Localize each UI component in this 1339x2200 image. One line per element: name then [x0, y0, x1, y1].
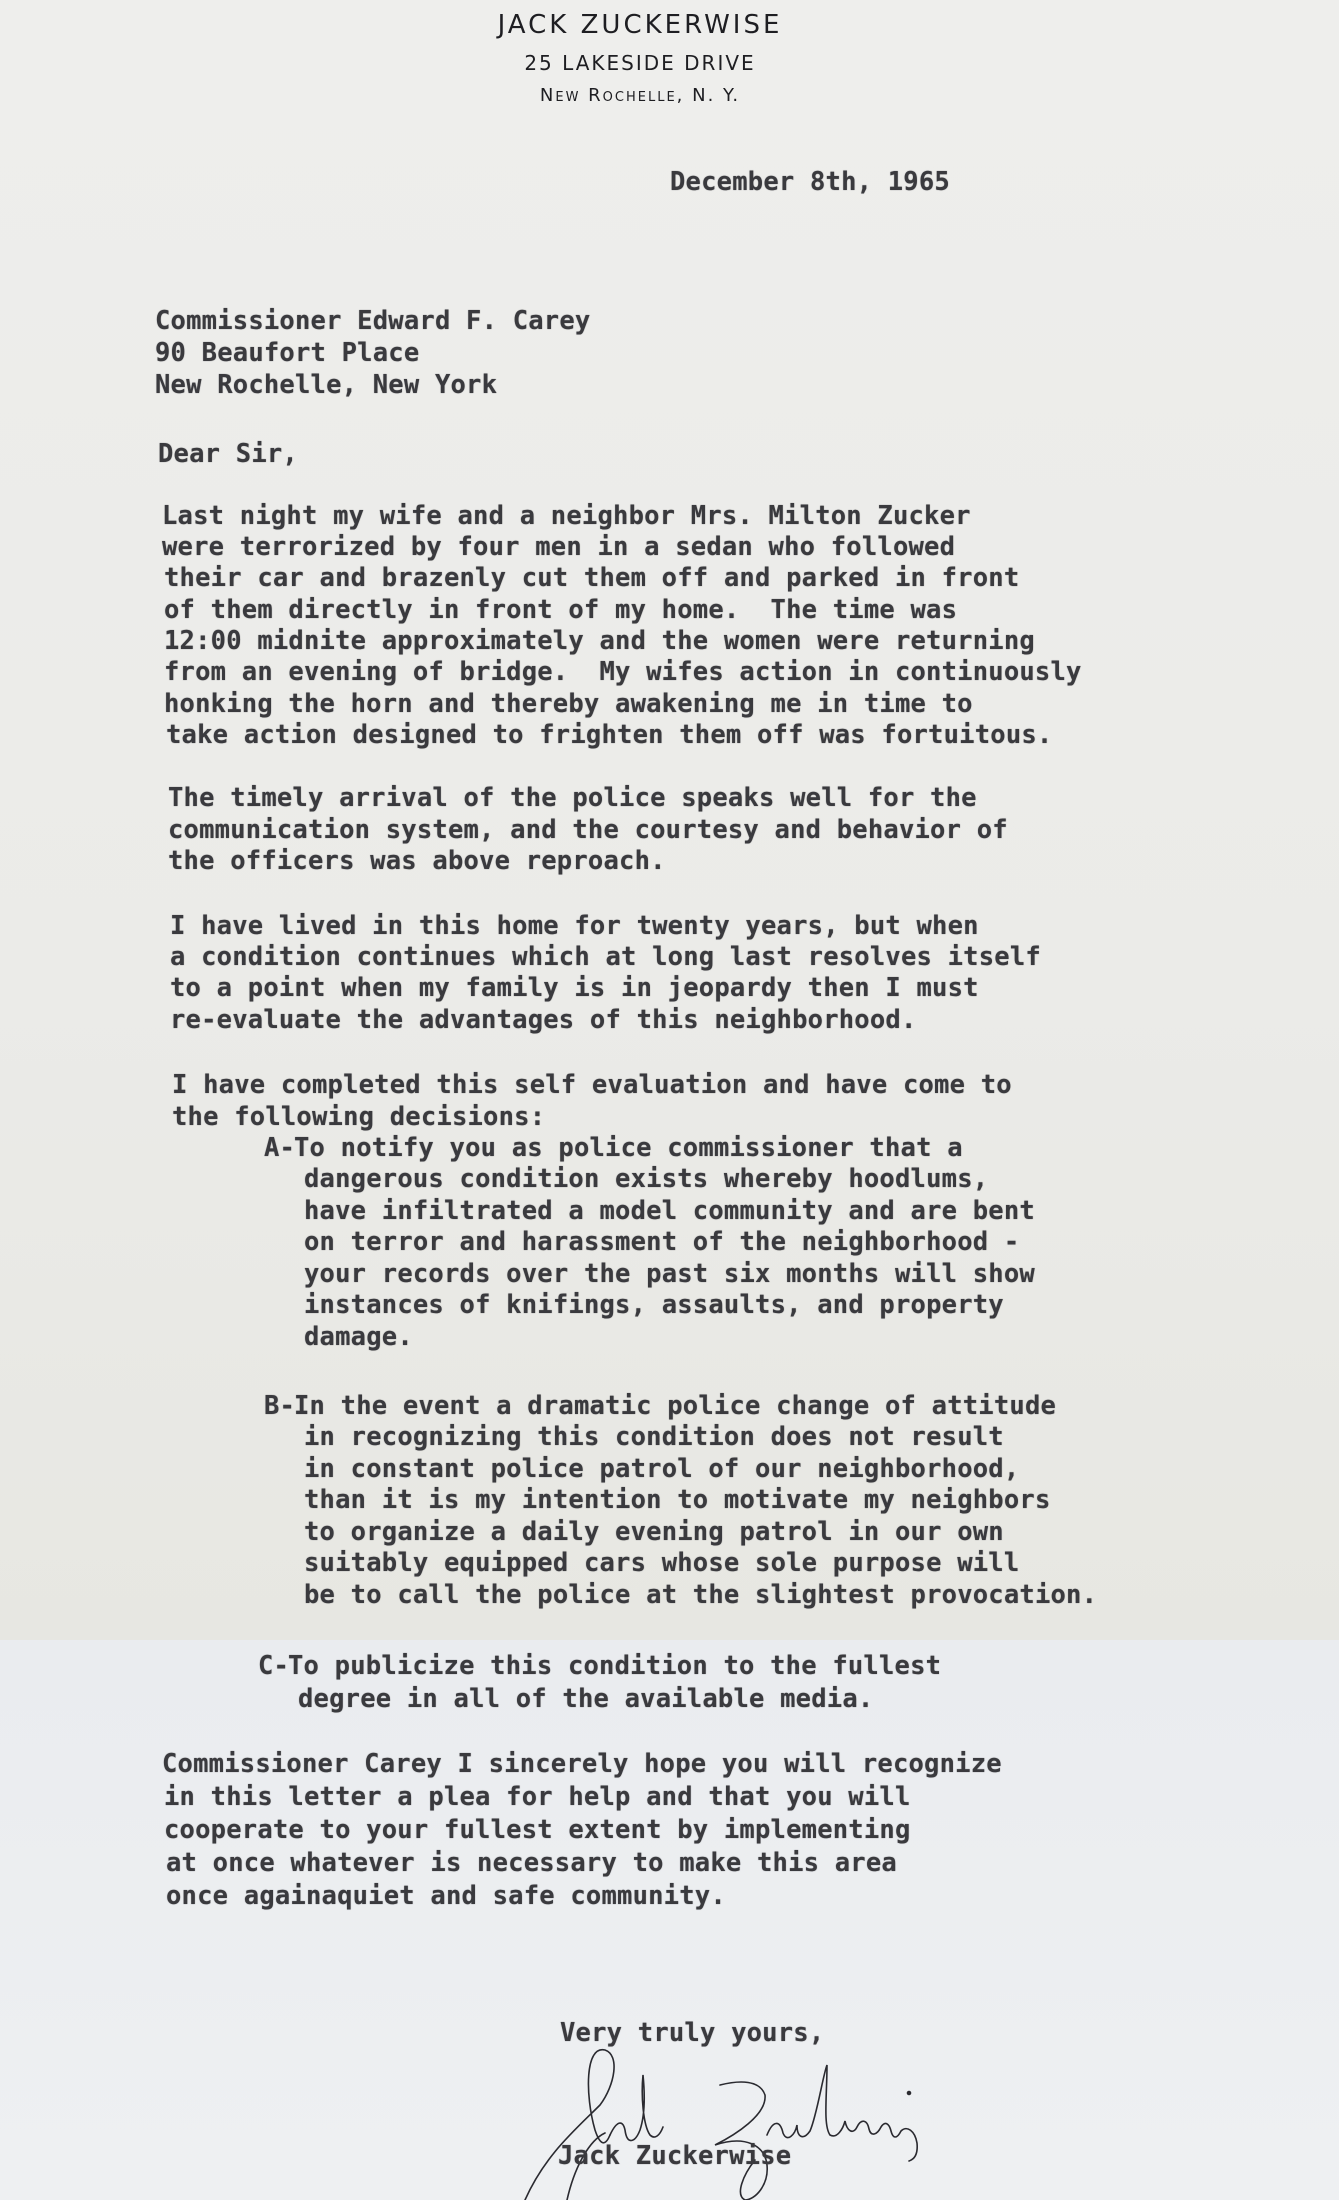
text-line: re-evaluate the advantages of this neigh… [170, 1004, 917, 1036]
decision-label: B- [264, 1390, 295, 1422]
text-line: to organize a daily evening patrol in ou… [304, 1516, 1004, 1548]
text-line: once againaquiet and safe community. [166, 1880, 726, 1912]
text-line: The timely arrival of the police speaks … [168, 782, 977, 814]
text-line: in recognizing this condition does not r… [304, 1421, 1004, 1453]
text-line: from an evening of bridge. My wifes acti… [164, 656, 1082, 688]
text-line: be to call the police at the slightest p… [304, 1579, 1097, 1611]
text-line: have infiltrated a model community and a… [304, 1195, 1035, 1227]
text-line: Last night my wife and a neighbor Mrs. M… [162, 500, 971, 532]
text-line: in constant police patrol of our neighbo… [304, 1453, 1019, 1485]
text-line: To notify you as police commissioner tha… [294, 1132, 963, 1164]
text-line: cooperate to your fullest extent by impl… [164, 1814, 911, 1846]
text-line: instances of knifings, assaults, and pro… [304, 1289, 1004, 1321]
text-line: the officers was above reproach. [168, 845, 666, 877]
decision-label: A- [264, 1132, 295, 1164]
text-line: suitably equipped cars whose sole purpos… [304, 1547, 1019, 1579]
text-line: In the event a dramatic police change of… [294, 1390, 1056, 1422]
signature-name: Jack Zuckerwise [558, 2140, 791, 2172]
text-line: were terrorized by four men in a sedan w… [162, 531, 955, 563]
letter-date: December 8th, 1965 [670, 166, 950, 198]
text-line: honking the horn and thereby awakening m… [164, 688, 973, 720]
recipient-line: 90 Beaufort Place [155, 337, 419, 369]
recipient-line: New Rochelle, New York [155, 369, 497, 401]
recipient-line: Commissioner Edward F. Carey [155, 305, 590, 337]
text-line: communication system, and the courtesy a… [168, 814, 1008, 846]
salutation: Dear Sir, [158, 438, 298, 470]
text-line: than it is my intention to motivate my n… [304, 1484, 1051, 1516]
decision-label: C- [258, 1650, 289, 1682]
text-line: damage. [304, 1321, 413, 1353]
text-line: I have lived in this home for twenty yea… [170, 910, 979, 942]
text-line: 12:00 midnite approximately and the wome… [164, 625, 1035, 657]
text-line: dangerous condition exists whereby hoodl… [304, 1163, 988, 1195]
text-line: your records over the past six months wi… [304, 1258, 1035, 1290]
text-line: the following decisions: [172, 1101, 545, 1133]
text-line: To publicize this condition to the fulle… [288, 1650, 941, 1682]
text-line: in this letter a plea for help and that … [164, 1781, 911, 1813]
text-line: degree in all of the available media. [298, 1683, 873, 1715]
text-line: of them directly in front of my home. Th… [164, 594, 957, 626]
text-line: Commissioner Carey I sincerely hope you … [162, 1748, 1002, 1780]
letterhead-city: New Rochelle, N. Y. [0, 85, 1280, 106]
text-line: a condition continues which at long last… [170, 941, 1041, 973]
text-line: take action designed to frighten them of… [166, 719, 1052, 751]
text-line: to a point when my family is in jeopardy… [170, 972, 979, 1004]
letterhead-name: JACK ZUCKERWISE [0, 10, 1280, 40]
handwritten-signature [505, 2035, 935, 2200]
text-line: I have completed this self evaluation an… [172, 1069, 1012, 1101]
text-line: their car and brazenly cut them off and … [164, 562, 1019, 594]
text-line: on terror and harassment of the neighbor… [304, 1226, 1019, 1258]
letterhead-address: 25 LAKESIDE DRIVE [0, 51, 1280, 75]
text-line: at once whatever is necessary to make th… [166, 1847, 897, 1879]
